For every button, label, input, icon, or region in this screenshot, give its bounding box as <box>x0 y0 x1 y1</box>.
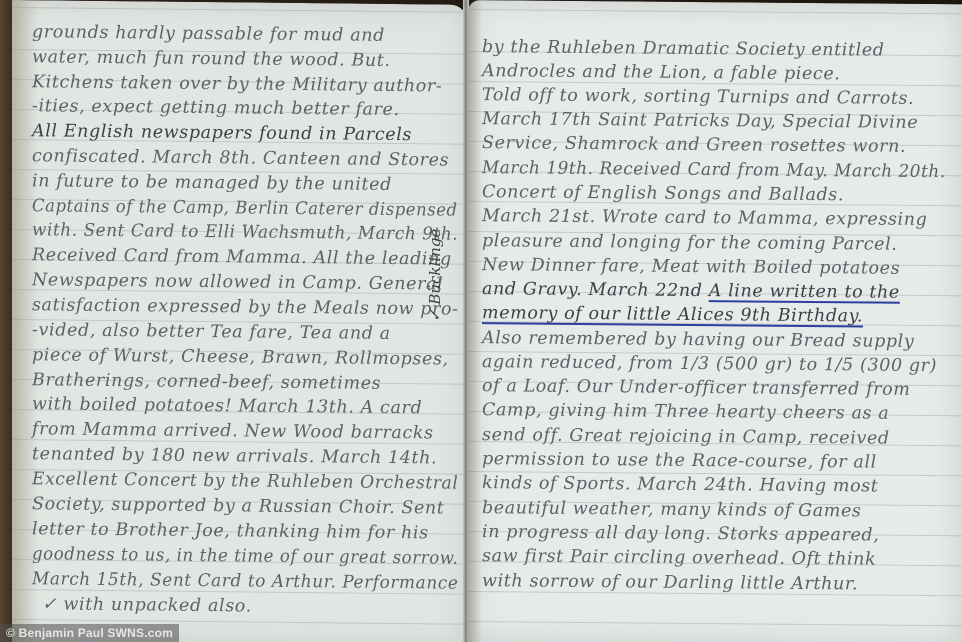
diary-line: pleasure and longing for the coming Parc… <box>482 231 897 255</box>
diary-line: Concert of English Songs and Ballads. <box>482 182 844 205</box>
diary-line: -ities, expect getting much better fare. <box>32 96 400 120</box>
diary-line: beautiful weather, many kinds of Games <box>482 498 861 521</box>
underlined-text: A line written to the <box>709 281 900 303</box>
diary-line: piece of Wurst, Cheese, Brawn, Rollmopse… <box>32 345 449 369</box>
diary-line: satisfaction expressed by the Meals now … <box>32 295 459 319</box>
diary-line: Received Card from Mamma. All the leadin… <box>32 245 452 269</box>
diary-line: Androcles and the Lion, a fable piece. <box>482 61 840 84</box>
diary-line: letter to Brother Joe, thanking him for … <box>32 519 429 543</box>
diary-line: New Dinner fare, Meat with Boiled potato… <box>482 255 900 279</box>
diary-line: Bratherings, corned-beef, sometimes <box>32 370 381 394</box>
diary-line: with boiled potatoes! March 13th. A card <box>32 394 422 418</box>
diary-line: with sorrow of our Darling little Arthur… <box>482 571 858 594</box>
diary-line: March 19th. Received Card from May. Marc… <box>482 158 946 182</box>
left-page-text: grounds hardly passable for mud and wate… <box>12 0 468 642</box>
diary-right-page: by the Ruhleben Dramatic Society entitle… <box>468 0 962 642</box>
diary-line: goodness to us, in the time of our great… <box>32 544 458 568</box>
diary-line: Newspapers now allowed in Camp. General <box>32 270 443 294</box>
diary-line: Captains of the Camp, Berlin Caterer dis… <box>32 196 458 220</box>
diary-left-page: grounds hardly passable for mud and wate… <box>12 0 468 642</box>
diary-line: in future to be managed by the united <box>32 171 392 195</box>
diary-line: again reduced, from 1/3 (500 gr) to 1/5 … <box>482 352 937 376</box>
diary-line: kinds of Sports. March 24th. Having most <box>482 473 878 496</box>
diary-line: Camp, giving him Three hearty cheers as … <box>482 400 889 424</box>
diary-line: ✓ with unpacked also. <box>42 594 252 616</box>
diary-line-underlined: memory of our little Alices 9th Birthday… <box>482 303 863 326</box>
diary-line: Society, supported by a Russian Choir. S… <box>32 494 444 518</box>
photo-credit-watermark: © Benjamin Paul SWNS.com <box>0 624 179 642</box>
diary-line: Told off to work, sorting Turnips and Ca… <box>482 85 914 109</box>
diary-line-start: and Gravy. March 22nd <box>482 279 703 301</box>
diary-line: of a Loaf. Our Under-officer transferred… <box>482 376 910 400</box>
diary-line: tenanted by 180 new arrivals. March 14th… <box>32 444 437 468</box>
diary-line: Excellent Concert by the Ruhleben Orches… <box>32 469 458 493</box>
diary-line: Service, Shamrock and Green rosettes wor… <box>482 133 906 157</box>
open-diary: grounds hardly passable for mud and wate… <box>0 0 962 642</box>
diary-line: -vided, also better Tea fare, Tea and a <box>32 320 391 344</box>
diary-line: permission to use the Race-course, for a… <box>482 449 877 472</box>
diary-line: Kitchens taken over by the Military auth… <box>32 72 442 96</box>
diary-line: saw first Pair circling overhead. Oft th… <box>482 546 876 569</box>
diary-line: grounds hardly passable for mud and <box>32 22 385 46</box>
diary-line: March 21st. Wrote card to Mamma, express… <box>482 206 927 230</box>
diary-line: water, much fun round the wood. But. <box>32 47 391 71</box>
diary-line: from Mamma arrived. New Wood barracks <box>32 419 434 443</box>
right-page-text: by the Ruhleben Dramatic Society entitle… <box>468 0 962 642</box>
diary-line: All English newspapers found in Parcels <box>32 121 412 145</box>
diary-line: confiscated. March 8th. Canteen and Stor… <box>32 146 449 170</box>
diary-line: March 15th, Sent Card to Arthur. Perform… <box>32 569 458 593</box>
diary-line: Also remembered by having our Bread supp… <box>482 328 914 352</box>
diary-line: March 17th Saint Patricks Day, Special D… <box>482 109 918 133</box>
diary-line: send off. Great rejoicing in Camp, recei… <box>482 425 890 449</box>
diary-line: in progress all day long. Storks appeare… <box>482 522 879 545</box>
diary-line: with. Sent Card to Elli Wachsmuth, March… <box>32 220 458 244</box>
margin-note: ✓ Bücklinge <box>426 229 444 322</box>
diary-line: and Gravy. March 22nd A line written to … <box>482 279 900 303</box>
diary-line: by the Ruhleben Dramatic Society entitle… <box>482 37 885 61</box>
